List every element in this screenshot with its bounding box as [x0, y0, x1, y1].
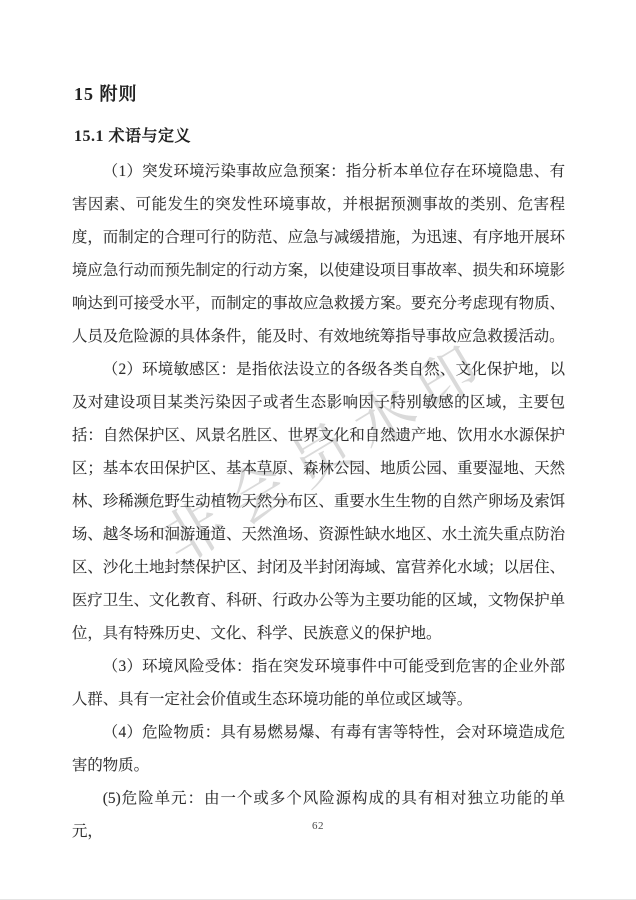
chapter-heading: 15 附则 [74, 80, 565, 106]
paragraph-definition-4: （4）危险物质：具有易燃易爆、有毒有害等特性，会对环境造成危害的物质。 [72, 716, 565, 782]
paragraph-definition-5: (5)危险单元：由一个或多个风险源构成的具有相对独立功能的单元， [72, 782, 565, 848]
section-heading: 15.1 术语与定义 [74, 123, 565, 146]
page-content: 15 附则 15.1 术语与定义 （1）突发环境污染事故应急预案：指分析本单位存… [72, 80, 565, 848]
paragraph-definition-1: （1）突发环境污染事故应急预案：指分析本单位存在环境隐患、有害因素、可能发生的突… [72, 155, 565, 353]
page-number: 62 [0, 820, 636, 832]
document-page: 非会员水印 15 附则 15.1 术语与定义 （1）突发环境污染事故应急预案：指… [0, 0, 636, 900]
paragraph-definition-2: （2）环境敏感区：是指依法设立的各级各类自然、文化保护地，以及对建设项目某类污染… [72, 353, 565, 650]
paragraph-definition-3: （3）环境风险受体：指在突发环境事件中可能受到危害的企业外部人群、具有一定社会价… [72, 650, 565, 716]
